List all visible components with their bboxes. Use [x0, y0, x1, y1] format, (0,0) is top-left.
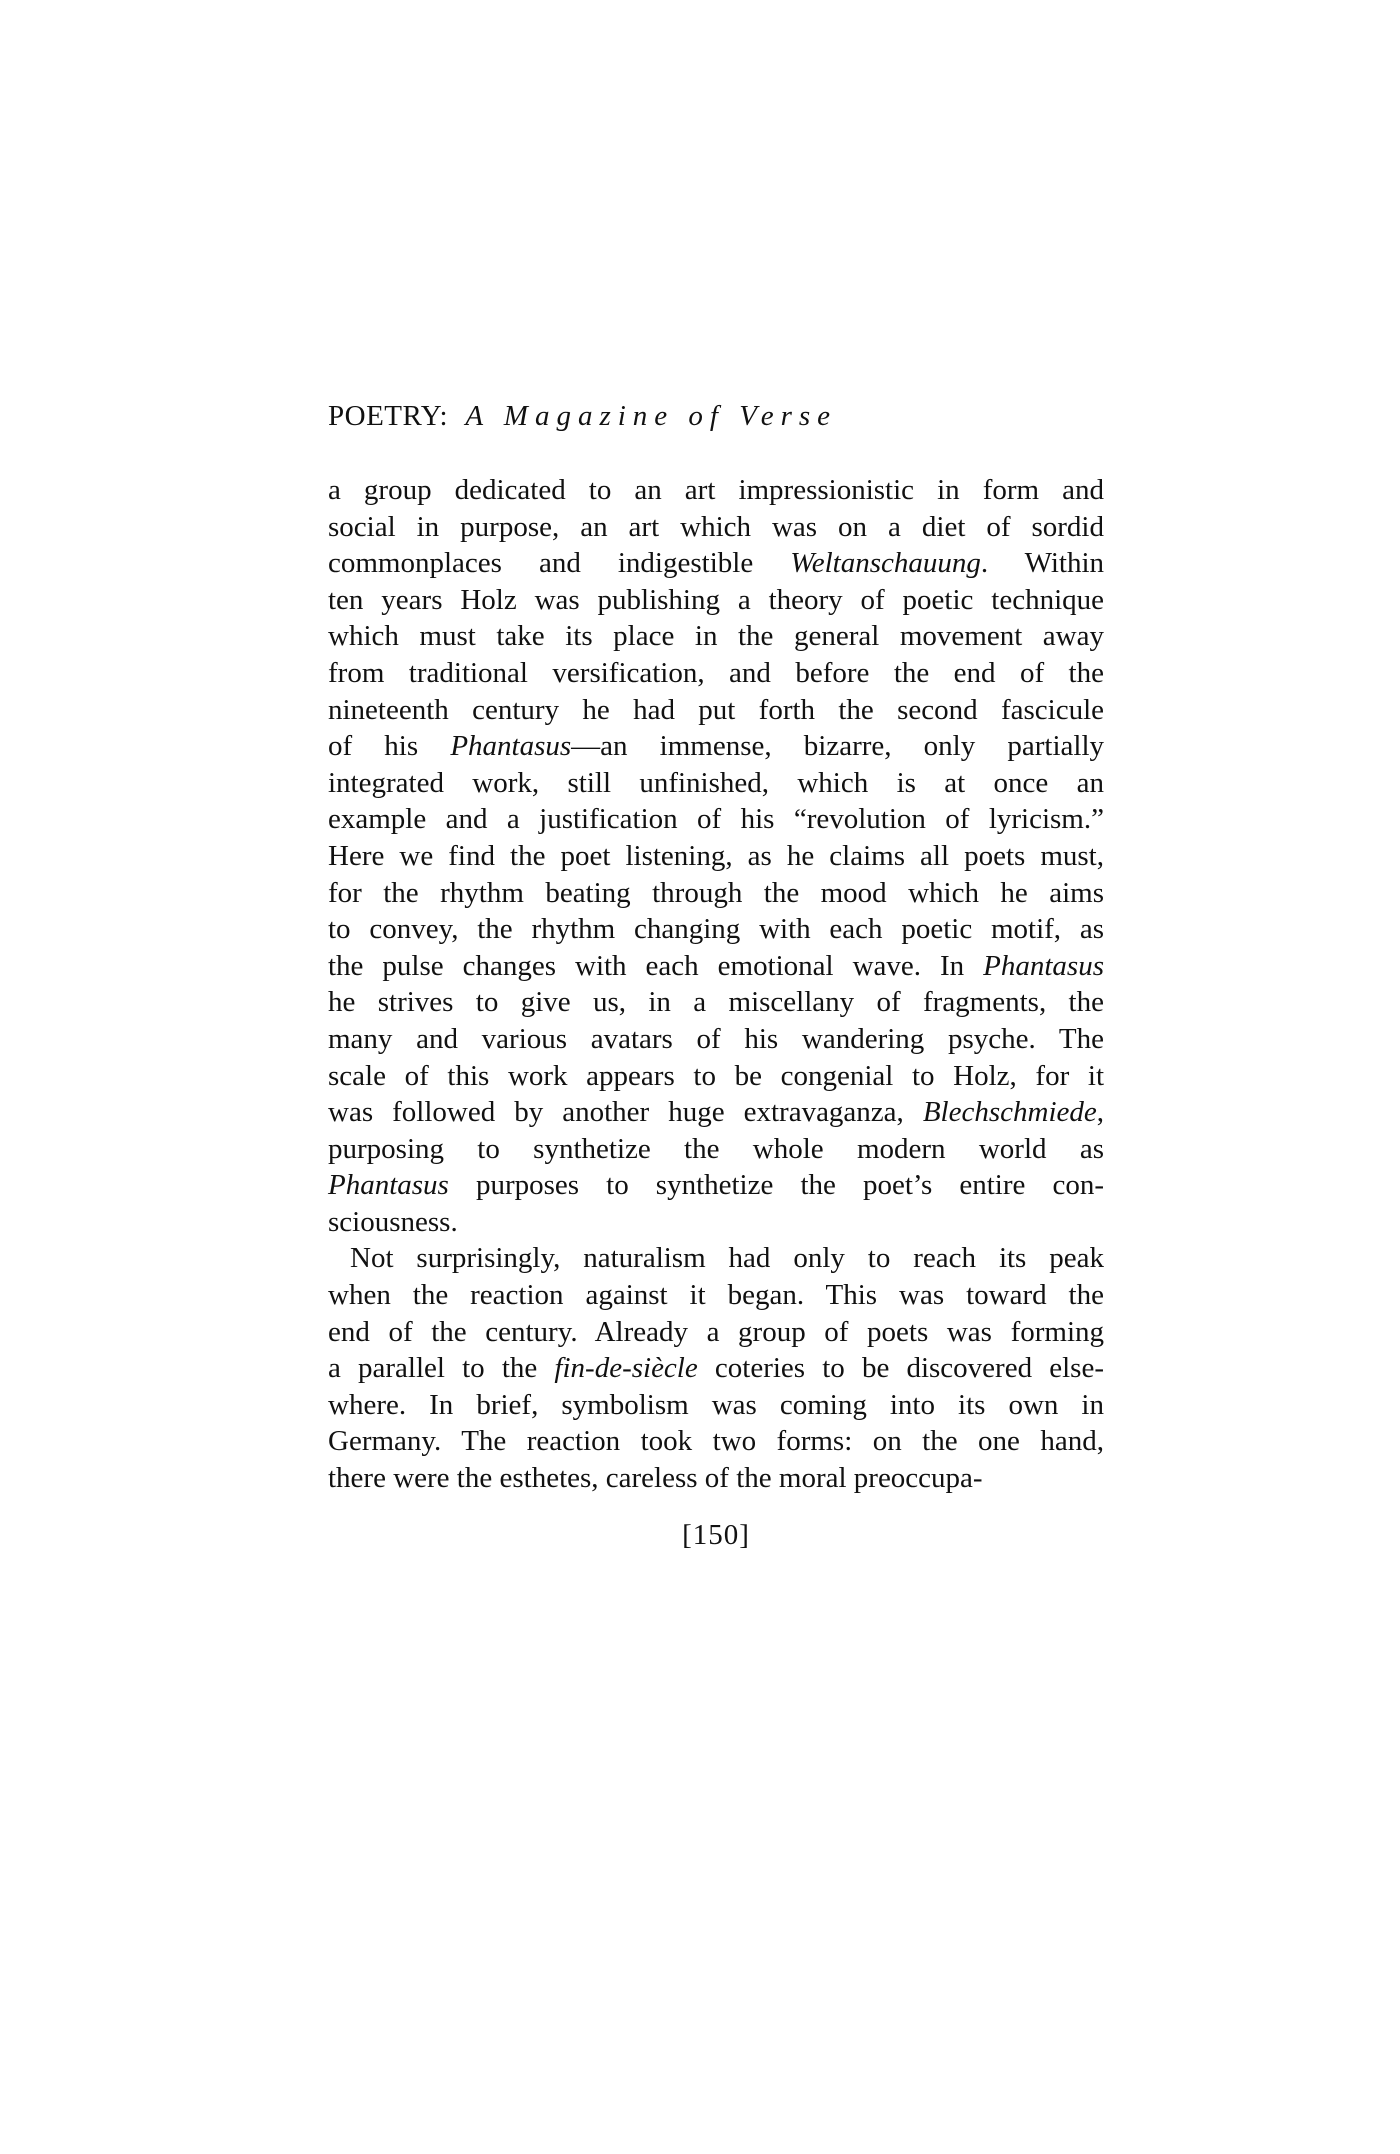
text-run: was followed by another huge extravaganz… — [328, 1096, 923, 1128]
text-line: where. In brief, symbolism was coming in… — [328, 1387, 1104, 1424]
text-line: a group dedicated to an art impressionis… — [328, 472, 1104, 509]
text-line: ten years Holz was publishing a theory o… — [328, 582, 1104, 619]
journal-name: POETRY: — [328, 400, 448, 432]
text-line: Here we find the poet listening, as he c… — [328, 838, 1104, 875]
running-head: POETRY: A Magazine of Verse — [328, 396, 1104, 436]
text-line: sciousness. — [328, 1204, 1104, 1241]
text-run: Not surprisingly, naturalism had only to… — [350, 1242, 1104, 1274]
text-line: a parallel to the fin-de-siècle coteries… — [328, 1350, 1104, 1387]
text-run: scale of this work appears to be congeni… — [328, 1060, 1104, 1092]
text-line: scale of this work appears to be congeni… — [328, 1058, 1104, 1095]
text-line: when the reaction against it began. This… — [328, 1277, 1104, 1314]
paragraph: Not surprisingly, naturalism had only to… — [328, 1240, 1104, 1496]
text-run: nineteenth century he had put forth the … — [328, 694, 1104, 726]
text-line: of his Phantasus—an immense, bizarre, on… — [328, 728, 1104, 765]
text-line: he strives to give us, in a miscellany o… — [328, 984, 1104, 1021]
italic-title: Phantasus — [450, 730, 571, 762]
text-line: example and a justification of his “revo… — [328, 801, 1104, 838]
text-line: the pulse changes with each emotional wa… — [328, 948, 1104, 985]
text-line: for the rhythm beating through the mood … — [328, 875, 1104, 912]
text-run: many and various avatars of his wanderin… — [328, 1023, 1104, 1055]
text-run: coteries to be discovered else- — [698, 1352, 1104, 1384]
text-run: a parallel to the — [328, 1352, 554, 1384]
text-line: was followed by another huge extravaganz… — [328, 1094, 1104, 1131]
italic-title: fin-de-siècle — [554, 1352, 697, 1384]
text-run: there were the esthetes, careless of the… — [328, 1462, 983, 1494]
italic-title: Phantasus — [983, 950, 1104, 982]
body-text: a group dedicated to an art impressionis… — [328, 472, 1104, 1497]
text-run: commonplaces and indigestible — [328, 547, 790, 579]
text-run: integrated work, still unfinished, which… — [328, 767, 1104, 799]
text-run: purposes to synthetize the poet’s entire… — [449, 1169, 1104, 1201]
text-run: for the rhythm beating through the mood … — [328, 877, 1104, 909]
text-line: end of the century. Already a group of p… — [328, 1314, 1104, 1351]
text-run: the pulse changes with each emotional wa… — [328, 950, 983, 982]
text-run: of his — [328, 730, 450, 762]
text-run: ten years Holz was publishing a theory o… — [328, 584, 1104, 616]
text-run: where. In brief, symbolism was coming in… — [328, 1389, 1104, 1421]
text-line: which must take its place in the general… — [328, 618, 1104, 655]
text-run: Germany. The reaction took two forms: on… — [328, 1425, 1104, 1457]
text-run: , — [1097, 1096, 1104, 1128]
text-line: commonplaces and indigestible Weltanscha… — [328, 545, 1104, 582]
text-run: sciousness. — [328, 1206, 458, 1238]
text-run: end of the century. Already a group of p… — [328, 1316, 1104, 1348]
italic-title: Blechschmiede — [923, 1096, 1097, 1128]
text-line: Germany. The reaction took two forms: on… — [328, 1423, 1104, 1460]
text-run: —an immense, bizarre, only partially — [571, 730, 1104, 762]
journal-subtitle: A Magazine of Verse — [465, 400, 837, 432]
text-line: Not surprisingly, naturalism had only to… — [328, 1240, 1104, 1277]
text-run: he strives to give us, in a miscellany o… — [328, 986, 1104, 1018]
text-run: when the reaction against it began. This… — [328, 1279, 1104, 1311]
text-run: to convey, the rhythm changing with each… — [328, 913, 1104, 945]
text-line: purposing to synthetize the whole modern… — [328, 1131, 1104, 1168]
document-page: POETRY: A Magazine of Verse a group dedi… — [328, 396, 1104, 1555]
text-line: nineteenth century he had put forth the … — [328, 692, 1104, 729]
text-line: to convey, the rhythm changing with each… — [328, 911, 1104, 948]
text-line: social in purpose, an art which was on a… — [328, 509, 1104, 546]
text-run: from traditional versification, and befo… — [328, 657, 1104, 689]
text-run: example and a justification of his “revo… — [328, 803, 1104, 835]
text-run: social in purpose, an art which was on a… — [328, 511, 1104, 543]
text-line: Phantasus purposes to synthetize the poe… — [328, 1167, 1104, 1204]
text-run: purposing to synthetize the whole modern… — [328, 1133, 1104, 1165]
text-line: integrated work, still unfinished, which… — [328, 765, 1104, 802]
italic-title: Phantasus — [328, 1169, 449, 1201]
text-run: which must take its place in the general… — [328, 620, 1104, 652]
text-run: . Within — [981, 547, 1104, 579]
text-line: many and various avatars of his wanderin… — [328, 1021, 1104, 1058]
italic-title: Weltanschauung — [790, 547, 981, 579]
text-line: from traditional versification, and befo… — [328, 655, 1104, 692]
text-run: Here we find the poet listening, as he c… — [328, 840, 1104, 872]
text-run: a group dedicated to an art impressionis… — [328, 474, 1104, 506]
text-line: there were the esthetes, careless of the… — [328, 1460, 1104, 1497]
paragraph: a group dedicated to an art impressionis… — [328, 472, 1104, 1240]
page-number: [150] — [328, 1515, 1104, 1555]
